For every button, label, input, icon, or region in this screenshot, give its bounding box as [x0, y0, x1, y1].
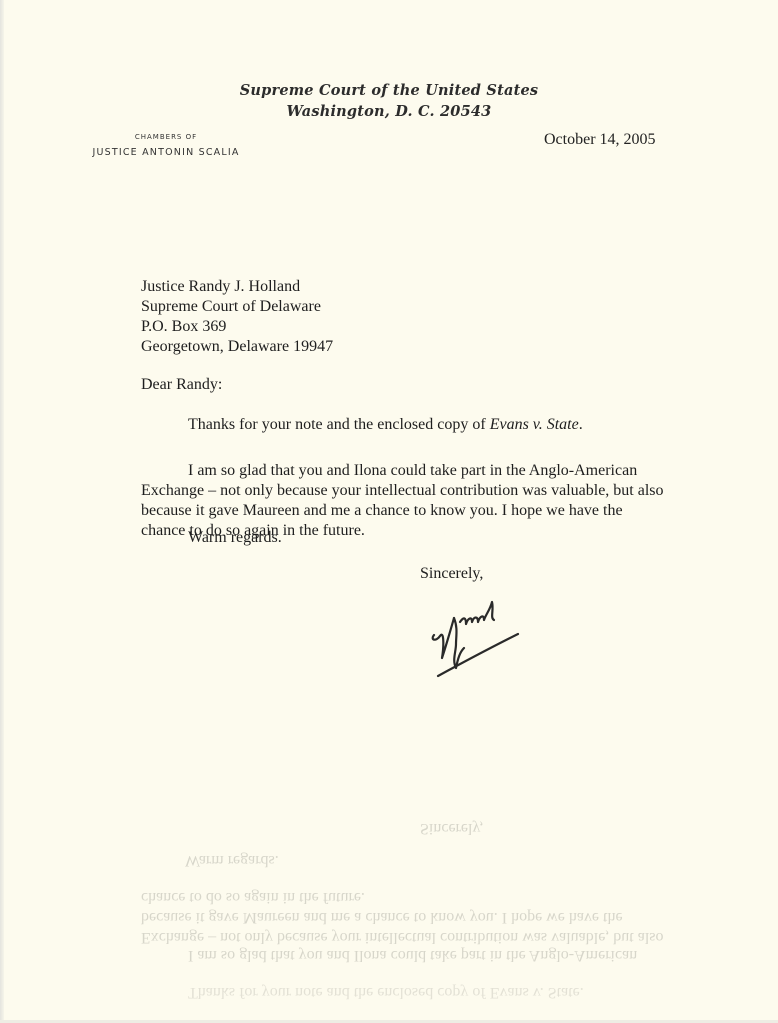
para2-line: I am so glad that you and Ilona could ta… [141, 461, 664, 481]
letterhead: Supreme Court of the United States Washi… [0, 80, 778, 122]
signoff: Sincerely, [420, 564, 483, 584]
letter-date: October 14, 2005 [544, 131, 656, 149]
chambers-block: CHAMBERS OF JUSTICE ANTONIN SCALIA [86, 131, 246, 160]
recipient-address: Justice Randy J. Holland Supreme Court o… [141, 277, 333, 357]
bleed-line: I am so glad that you and Ilona could ta… [188, 945, 637, 965]
para1-suffix: . [579, 416, 583, 433]
para1-prefix: Thanks for your note and the enclosed co… [188, 416, 490, 433]
letterhead-court-name: Supreme Court of the United States [0, 80, 778, 101]
case-citation: Evans v. State [490, 416, 579, 433]
bleed-line: chance to do so again in the future. [141, 887, 365, 907]
recipient-organization: Supreme Court of Delaware [141, 297, 333, 317]
para2-line: because it gave Maureen and me a chance … [141, 501, 664, 521]
letterhead-address: Washington, D. C. 20543 [0, 101, 778, 122]
salutation: Dear Randy: [141, 375, 222, 395]
recipient-name: Justice Randy J. Holland [141, 277, 333, 297]
signature-icon [420, 588, 530, 678]
chambers-justice-name: JUSTICE ANTONIN SCALIA [86, 145, 246, 160]
closing-remark: Warm regards. [188, 528, 282, 548]
para2-line: Exchange – not only because your intelle… [141, 481, 664, 501]
recipient-po-box: P.O. Box 369 [141, 317, 333, 337]
body-paragraph-1: Thanks for your note and the enclosed co… [188, 415, 583, 435]
recipient-city-state-zip: Georgetown, Delaware 19947 [141, 337, 333, 357]
bleed-line: because it gave Maureen and me a chance … [141, 907, 623, 927]
chambers-label: CHAMBERS OF [86, 131, 246, 143]
bleed-line: Thanks for your note and the enclosed co… [188, 982, 584, 1002]
bleed-closing-remark: Warm regards. [185, 850, 279, 870]
page-left-edge [0, 0, 4, 1023]
bleed-signoff: Sincerely, [420, 818, 483, 838]
bleed-line: Exchange – not only because your intelle… [141, 927, 664, 947]
